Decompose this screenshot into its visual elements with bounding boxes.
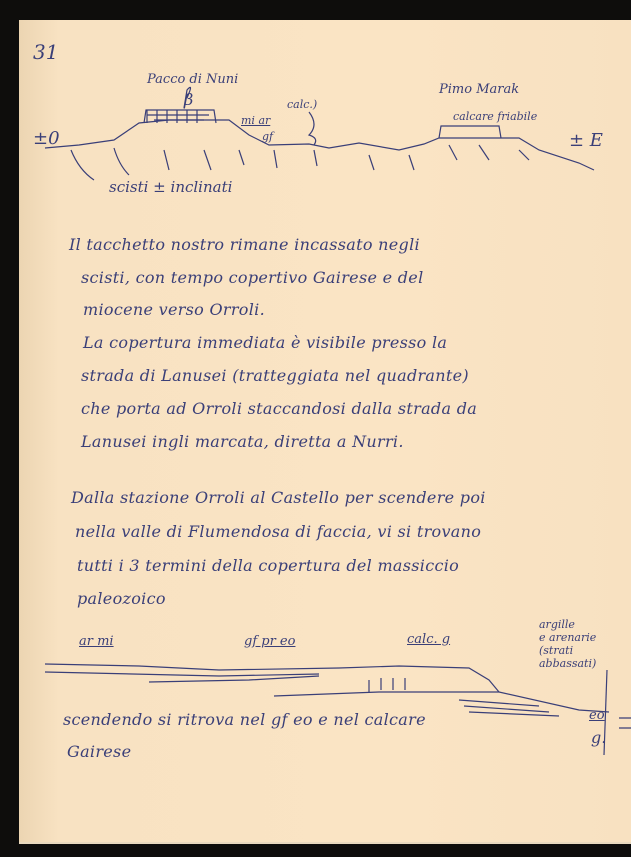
notebook-page: 31 ±0 P — [19, 20, 631, 844]
right-level-label: ± E — [569, 130, 603, 151]
base-label: scisti ± inclinati — [109, 178, 232, 196]
side-note-line: argille — [539, 618, 596, 631]
left-peak-label: Pacco di Nuni — [147, 72, 238, 87]
side-note: argille e arenarie (strati abbassati) — [539, 618, 596, 670]
g-label: g. — [591, 728, 606, 747]
text-line: che porta ad Orroli staccandosi dalla st… — [81, 399, 477, 418]
gf-label: gf — [262, 130, 273, 143]
text-line: scendendo si ritrova nel gf eo e nel cal… — [63, 710, 426, 729]
side-note-line: (strati — [539, 644, 596, 657]
left-level-label: ±0 — [33, 128, 60, 149]
calc-label: calc.) — [287, 98, 317, 111]
text-line: Il tacchetto nostro rimane incassato neg… — [69, 235, 420, 254]
text-line: nella valle di Flumendosa di faccia, vi … — [75, 522, 481, 541]
right-cap-label: calcare friabile — [453, 110, 537, 123]
text-line: Lanusei ingli marcata, diretta a Nurri. — [81, 432, 404, 451]
calc-g-label: calc. g — [407, 632, 450, 647]
side-note-line: abbassati) — [539, 657, 596, 670]
text-line: Gairese — [67, 742, 131, 761]
side-note-line: e arenarie — [539, 631, 596, 644]
gf-pr-eo-label: gf pr eo — [244, 634, 295, 649]
text-line: Dalla stazione Orroli al Castello per sc… — [71, 488, 486, 507]
text-line: La copertura immediata è visibile presso… — [83, 333, 447, 352]
beta-label: β — [184, 90, 193, 109]
text-line: miocene verso Orroli. — [83, 300, 265, 319]
ar-mi-label: ar mi — [79, 634, 114, 649]
text-line: tutti i 3 termini della copertura del ma… — [77, 556, 459, 575]
mi-ar-label: mi ar — [241, 114, 270, 127]
text-line: scisti, con tempo copertivo Gairese e de… — [81, 268, 424, 287]
right-peak-label: Pimo Marak — [439, 82, 519, 97]
text-line: strada di Lanusei (tratteggiata nel quad… — [81, 366, 469, 385]
eo-label: eo — [589, 708, 605, 723]
